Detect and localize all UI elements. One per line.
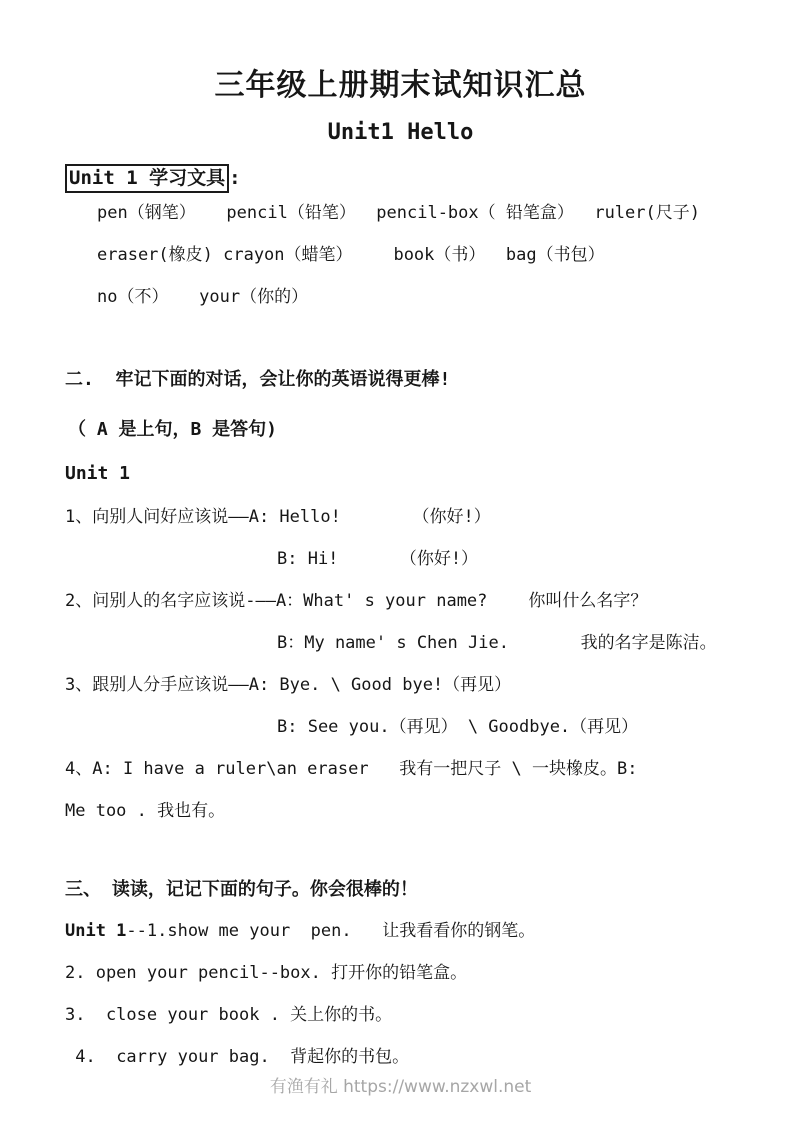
sentence-item: 2. open your pencil--box. 打开你的铅笔盒。 [65, 952, 736, 994]
vocab-heading-boxed-text: Unit 1 学习文具 [65, 164, 229, 193]
sentence-unit-prefix: Unit 1 [65, 921, 126, 941]
sentence-section-heading: 三、 读读，记记下面的句子。你会很棒的！ [65, 876, 736, 904]
dialogue-section-heading: 二. 牢记下面的对话，会让你的英语说得更棒! [65, 366, 736, 394]
dialogue-line: B：My name' s Chen Jie. 我的名字是陈洁。 [65, 622, 736, 664]
document-page: 三年级上册期末试知识汇总 Unit1 Hello Unit 1 学习文具: pe… [0, 0, 794, 1122]
sentence-item: 4. carry your bag. 背起你的书包。 [65, 1036, 736, 1078]
vocab-section-heading: Unit 1 学习文具: [65, 164, 736, 192]
dialogue-line: B: See you.（再见） \ Goodbye.（再见） [65, 706, 736, 748]
sentence-item: Unit 1--1.show me your pen. 让我看看你的钢笔。 [65, 910, 736, 952]
dialogue-line: 2、问别人的名字应该说-——A：What' s your name? 你叫什么名… [65, 580, 736, 622]
vocab-word-line: pen（钢笔） pencil（铅笔） pencil-box（ 铅笔盒） rule… [65, 192, 736, 234]
dialogue-line: 3、跟别人分手应该说——A: Bye. \ Good bye!（再见） [65, 664, 736, 706]
dialogue-unit-label: Unit 1 [65, 460, 736, 488]
page-title: 三年级上册期末试知识汇总 [65, 66, 736, 106]
sentence-item-text: --1.show me your pen. 让我看看你的钢笔。 [126, 921, 535, 941]
vocab-word-line: eraser(橡皮) crayon（蜡笔） book（书） bag（书包） [65, 234, 736, 276]
dialogue-line: Me too . 我也有。 [65, 790, 736, 832]
dialogue-section-note: （ A 是上句，B 是答句) [65, 416, 736, 444]
vocab-heading-colon: : [229, 167, 240, 189]
watermark-footer: 有渔有礼 https://www.nzxwl.net [65, 1076, 736, 1098]
vocab-word-line: no（不） your（你的） [65, 276, 736, 318]
sentence-item: 3. close your book . 关上你的书。 [65, 994, 736, 1036]
unit-subtitle: Unit1 Hello [65, 118, 736, 148]
dialogue-line: 4、A: I have a ruler\an eraser 我有一把尺子 \ 一… [65, 748, 736, 790]
dialogue-line: 1、向别人问好应该说——A: Hello! （你好!） [65, 496, 736, 538]
dialogue-line: B: Hi! （你好!） [65, 538, 736, 580]
